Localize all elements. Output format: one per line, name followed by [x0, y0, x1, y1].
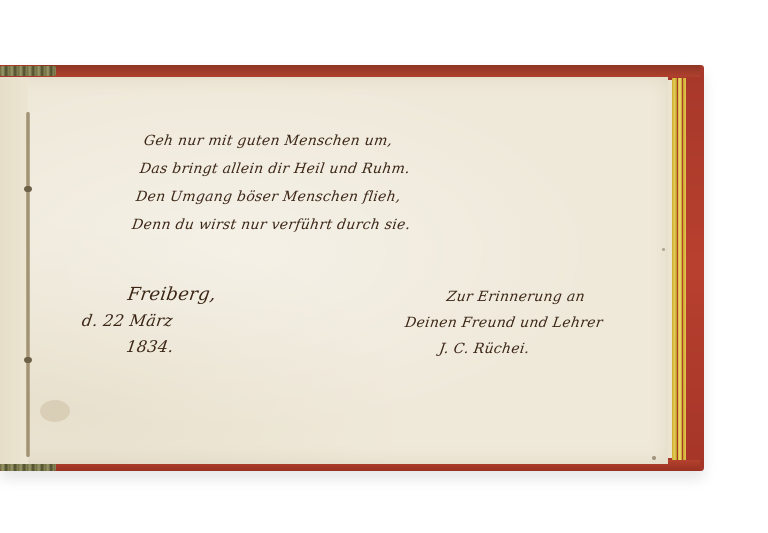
foxing-stain [40, 400, 70, 422]
album-photo: Geh nur mit guten Menschen um, Das bring… [0, 0, 768, 533]
poem-line: Den Umgang böser Menschen flieh, [134, 183, 416, 211]
signature: J. C. Rüchei. [400, 336, 601, 362]
place-name: Freiberg, [84, 282, 218, 308]
foxing-stain [652, 456, 656, 460]
date-text: d. 22 März [80, 308, 214, 334]
foxing-stain [662, 248, 665, 251]
spine-binding-top [0, 66, 56, 76]
dedication-line: Deinen Freund und Lehrer [403, 310, 604, 336]
thread-knot [24, 357, 32, 363]
cover-top-edge [40, 65, 700, 77]
handwritten-poem: Geh nur mit guten Menschen um, Das bring… [130, 127, 424, 239]
poem-line: Denn du wirst nur verführt durch sie. [130, 211, 412, 239]
poem-line: Das bringt allein dir Heil und Ruhm. [138, 155, 420, 183]
binding-gutter-thread [26, 112, 30, 457]
left-page-edge [0, 77, 28, 464]
gilt-page-edge [683, 78, 686, 460]
place-and-date: Freiberg, d. 22 März 1834. [77, 282, 218, 360]
gilt-page-edge [672, 78, 677, 460]
thread-knot [24, 186, 32, 192]
year-text: 1834. [77, 334, 211, 360]
poem-line: Geh nur mit guten Menschen um, [142, 127, 424, 155]
gilt-page-edge [678, 78, 682, 460]
dedication: Zur Erinnerung an Deinen Freund und Lehr… [400, 284, 609, 362]
dedication-line: Zur Erinnerung an [407, 284, 608, 310]
